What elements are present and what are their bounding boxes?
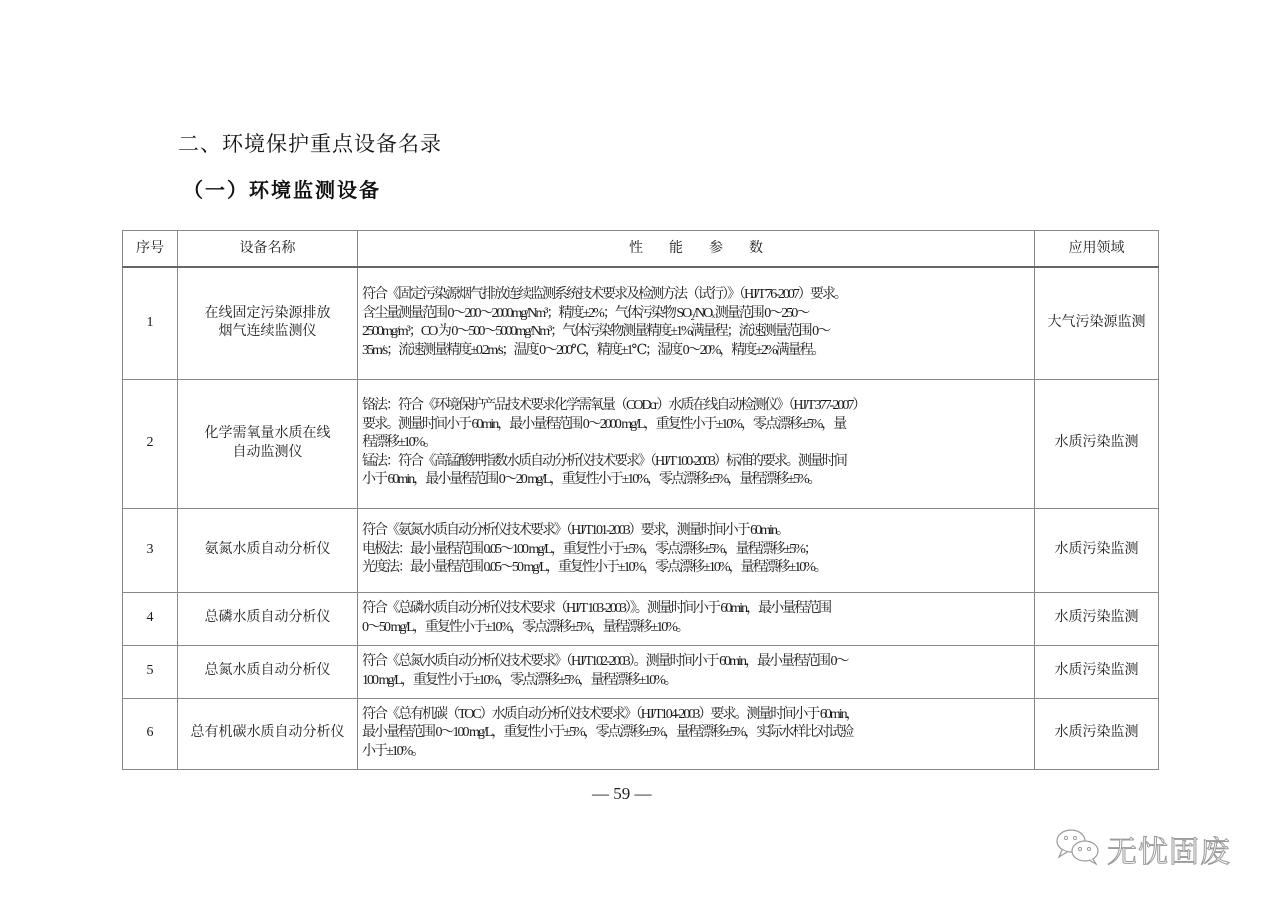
cell-name: 在线固定污染源排放烟气连续监测仪 [178,267,358,379]
name-line: 氨氮水质自动分析仪 [181,541,354,560]
table-row: 4总磷水质自动分析仪符合《总磷水质自动分析仪技术要求（HJ/T 103-2003… [123,592,1159,645]
cell-application: 水质污染监测 [1035,592,1159,645]
cell-name: 化学需氧量水质在线自动监测仪 [178,379,358,508]
params-line: 光度法：最小量程范围 0.05～50 mg/L，重复性小于±10%，零点漂移±1… [362,559,1032,578]
cell-params: 铬法：符合《环境保护产品技术要求化学需氧量（CODcr）水质在线自动检测仪》（H… [358,379,1035,508]
header-params-label: 性能参数 [603,240,789,256]
table-row: 1在线固定污染源排放烟气连续监测仪符合《固定污染源烟气排放连续监测系统技术要求及… [123,267,1159,379]
section-heading: 二、环境保护重点设备名录 [178,128,442,158]
params-line: 符合《氨氮水质自动分析仪技术要求》（HJ/T101-2003）要求，测量时间小于… [362,522,1032,541]
params-line: 小于±10%。 [362,743,1032,762]
cell-name: 总有机碳水质自动分析仪 [178,698,358,769]
params-line: 小于 60min，最小量程范围 0～20 mg/L，重复性小于±10%，零点漂移… [362,471,1032,490]
table-row: 2化学需氧量水质在线自动监测仪铬法：符合《环境保护产品技术要求化学需氧量（COD… [123,379,1159,508]
params-line: 100 mg/L，重复性小于±10%，零点漂移±5%，量程漂移±10%。 [362,672,1032,691]
wechat-icon [1055,826,1101,871]
cell-params: 符合《总有机碳（TOC）水质自动分析仪技术要求》（HJ/T104-2003）要求… [358,698,1035,769]
name-line: 烟气连续监测仪 [181,323,354,342]
cell-name: 氨氮水质自动分析仪 [178,508,358,592]
cell-application: 水质污染监测 [1035,698,1159,769]
params-line: 程漂移±10%。 [362,434,1032,453]
cell-name: 总磷水质自动分析仪 [178,592,358,645]
cell-params: 符合《总氮水质自动分析仪技术要求》（HJ/T102-2003）。测量时间小于 6… [358,645,1035,698]
params-line: 电极法：最小量程范围 0.05～100 mg/L，重复性小于±5%，零点漂移±5… [362,541,1032,560]
table-row: 3氨氮水质自动分析仪符合《氨氮水质自动分析仪技术要求》（HJ/T101-2003… [123,508,1159,592]
table-row: 5总氮水质自动分析仪符合《总氮水质自动分析仪技术要求》（HJ/T102-2003… [123,645,1159,698]
watermark-text: 无忧固废 [1107,827,1231,871]
params-line: 符合《固定污染源烟气排放连续监测系统技术要求及检测方法（试行）》（HJ/T 76… [362,286,1032,305]
header-name: 设备名称 [178,231,358,268]
cell-params: 符合《固定污染源烟气排放连续监测系统技术要求及检测方法（试行）》（HJ/T 76… [358,267,1035,379]
name-line: 总有机碳水质自动分析仪 [181,724,354,743]
params-line: 0～50 mg/L，重复性小于±10%，零点漂移±5%，量程漂移±10%。 [362,619,1032,638]
params-line: 锰法：符合《高锰酸钾指数水质自动分析仪技术要求》（HJ/T 100-2003）标… [362,453,1032,472]
params-line: 符合《总氮水质自动分析仪技术要求》（HJ/T102-2003）。测量时间小于 6… [362,653,1032,672]
cell-index: 1 [123,267,178,379]
params-line: 2500mg/m³；CO 为 0～500～5000mg/Nm³；气体污染物测量精… [362,323,1032,342]
params-line: 最小量程范围 0～100 mg/L，重复性小于±5%，零点漂移±5%，量程漂移±… [362,724,1032,743]
cell-application: 大气污染源监测 [1035,267,1159,379]
cell-index: 6 [123,698,178,769]
table-row: 6总有机碳水质自动分析仪符合《总有机碳（TOC）水质自动分析仪技术要求》（HJ/… [123,698,1159,769]
cell-application: 水质污染监测 [1035,645,1159,698]
name-line: 自动监测仪 [181,444,354,463]
params-line: 铬法：符合《环境保护产品技术要求化学需氧量（CODcr）水质在线自动检测仪》（H… [362,397,1032,416]
page-number: — 59 — [592,784,652,804]
header-params: 性能参数 [358,231,1035,268]
params-line: 含尘量测量范围 0～200～2000mg/Nm³；精度±2%；气体污染物 SO₂… [362,305,1032,324]
cell-name: 总氮水质自动分析仪 [178,645,358,698]
params-line: 符合《总磷水质自动分析仪技术要求（HJ/T 103-2003）》。测量时间小于 … [362,600,1032,619]
header-application: 应用领域 [1035,231,1159,268]
cell-application: 水质污染监测 [1035,379,1159,508]
cell-params: 符合《氨氮水质自动分析仪技术要求》（HJ/T101-2003）要求，测量时间小于… [358,508,1035,592]
cell-index: 5 [123,645,178,698]
name-line: 在线固定污染源排放 [181,305,354,324]
header-index: 序号 [123,231,178,268]
equipment-table: 序号 设备名称 性能参数 应用领域 1在线固定污染源排放烟气连续监测仪符合《固定… [122,230,1159,770]
name-line: 化学需氧量水质在线 [181,425,354,444]
cell-index: 3 [123,508,178,592]
cell-index: 4 [123,592,178,645]
watermark: 无忧固废 [1055,826,1231,871]
cell-index: 2 [123,379,178,508]
table-header-row: 序号 设备名称 性能参数 应用领域 [123,231,1159,268]
cell-application: 水质污染监测 [1035,508,1159,592]
name-line: 总氮水质自动分析仪 [181,662,354,681]
params-line: 要求。测量时间小于 60min，最小量程范围 0～2000 mg/L，重复性小于… [362,416,1032,435]
params-line: 符合《总有机碳（TOC）水质自动分析仪技术要求》（HJ/T104-2003）要求… [362,706,1032,725]
params-line: 35m/s；流速测量精度±0.2m/s；温度 0～200℃，精度±1℃；湿度 0… [362,342,1032,361]
cell-params: 符合《总磷水质自动分析仪技术要求（HJ/T 103-2003）》。测量时间小于 … [358,592,1035,645]
name-line: 总磷水质自动分析仪 [181,609,354,628]
subsection-heading: （一）环境监测设备 [183,174,381,203]
